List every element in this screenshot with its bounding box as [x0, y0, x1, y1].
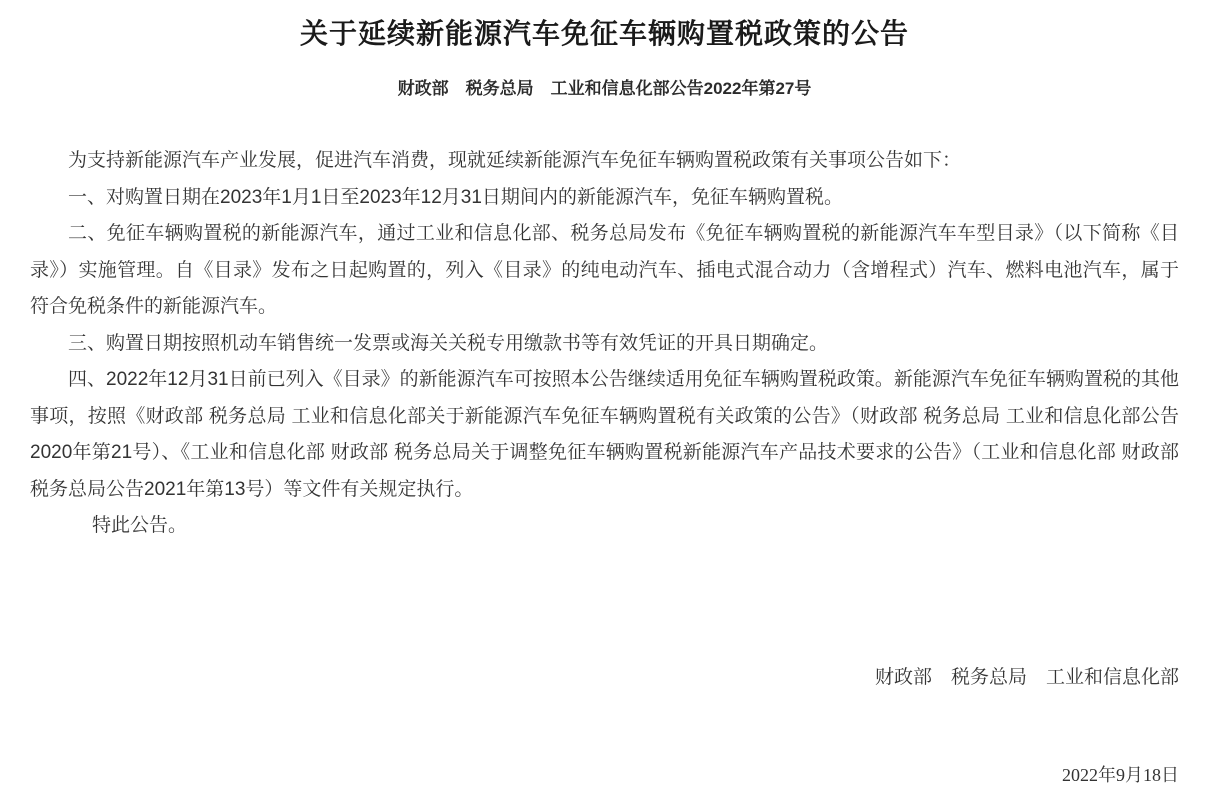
document-body: 为支持新能源汽车产业发展，促进汽车消费，现就延续新能源汽车免征车辆购置税政策有关… — [30, 143, 1179, 545]
closing-remark: 特此公告。 — [30, 508, 1179, 545]
paragraph-item-2: 二、免征车辆购置税的新能源汽车，通过工业和信息化部、税务总局发布《免征车辆购置税… — [30, 216, 1179, 326]
announcement-document: 关于延续新能源汽车免征车辆购置税政策的公告 财政部 税务总局 工业和信息化部公告… — [0, 0, 1209, 797]
paragraph-intro: 为支持新能源汽车产业发展，促进汽车消费，现就延续新能源汽车免征车辆购置税政策有关… — [30, 143, 1179, 180]
paragraph-item-4: 四、2022年12月31日前已列入《目录》的新能源汽车可按照本公告继续适用免征车… — [30, 362, 1179, 508]
issuing-authorities-signature: 财政部 税务总局 工业和信息化部 — [30, 664, 1179, 692]
document-title: 关于延续新能源汽车免征车辆购置税政策的公告 — [30, 0, 1179, 53]
paragraph-item-3: 三、购置日期按照机动车销售统一发票或海关关税专用缴款书等有效凭证的开具日期确定。 — [30, 326, 1179, 363]
issue-date: 2022年9月18日 — [30, 762, 1179, 788]
paragraph-item-1: 一、对购置日期在2023年1月1日至2023年12月31日期间内的新能源汽车，免… — [30, 180, 1179, 217]
document-number: 财政部 税务总局 工业和信息化部公告2022年第27号 — [30, 77, 1179, 101]
